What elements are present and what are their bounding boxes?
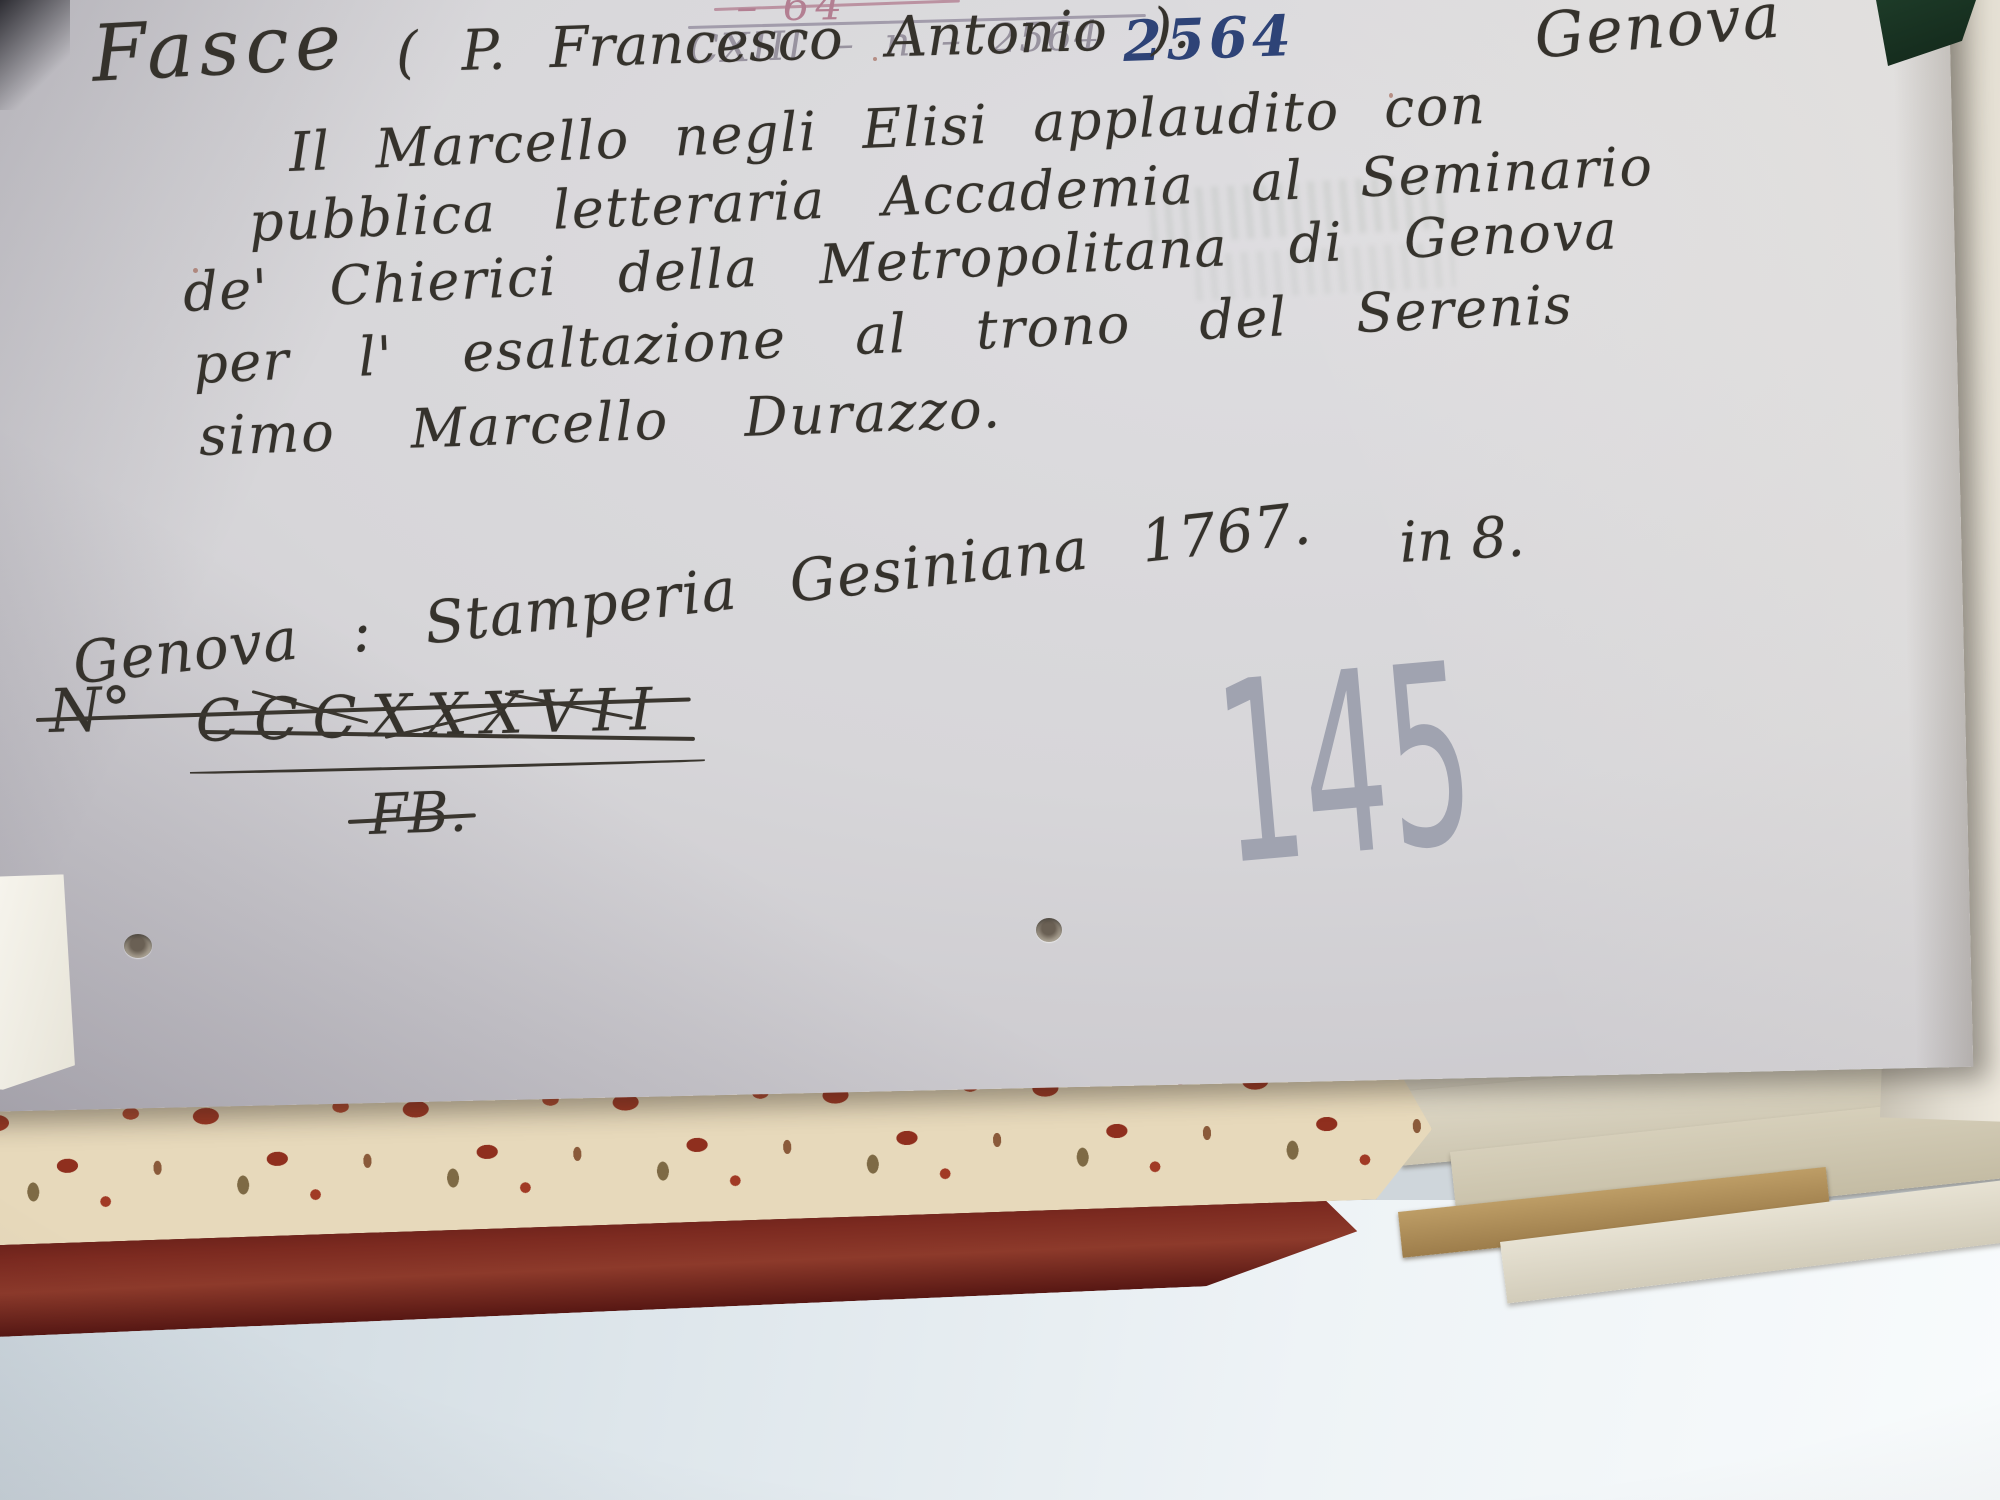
photo-corner-shadow: [0, 0, 70, 110]
foxing-speck: [1389, 93, 1393, 98]
folio-number-pencil: 145: [1208, 630, 1482, 901]
catalog-card-photo: – 64 CXIII – n – 2564 2564 Genova Fasce …: [0, 0, 2000, 1500]
old-number-roman: CCCXXXVII: [195, 680, 667, 750]
foxing-speck: [873, 57, 877, 61]
author-heading: Fasce: [90, 3, 349, 94]
punch-hole: [124, 934, 152, 958]
old-number-label: N°: [48, 679, 133, 742]
punch-hole: [1036, 918, 1062, 942]
foxing-speck: [193, 268, 198, 273]
format-note: in 8.: [1398, 509, 1526, 571]
